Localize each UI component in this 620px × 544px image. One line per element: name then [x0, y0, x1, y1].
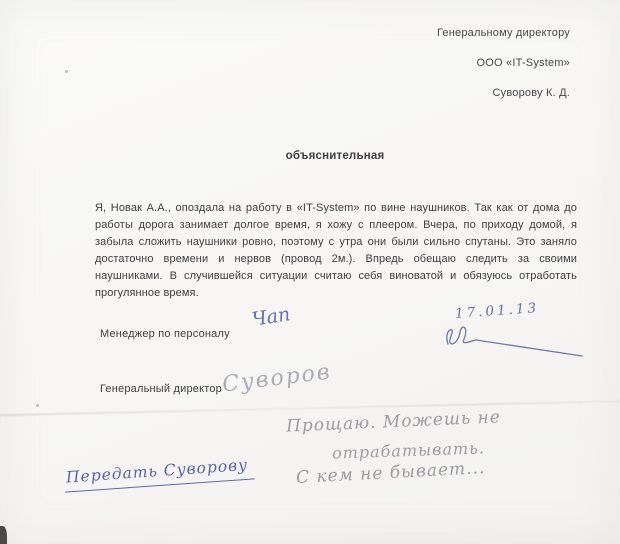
paper-crease: [0, 400, 620, 417]
hr-manager-label: Менеджер по персоналу: [100, 328, 230, 340]
blue-routing-note: Передать Суворову: [63, 453, 255, 492]
pencil-note-line3: С кем не бывает...: [296, 458, 486, 488]
pencil-note-line1: Прощаю. Можешь не: [286, 407, 502, 436]
recipient-line-name: Суворову К. Д.: [437, 78, 570, 108]
letter-body: Я, Новак А.А., опоздала на работу в «IT-…: [95, 200, 577, 302]
paper-speck: [65, 70, 68, 73]
paper-speck: [36, 404, 39, 407]
director-label: Генеральный директор: [100, 383, 222, 395]
recipient-line-company: ООО «IT-System»: [437, 48, 570, 78]
scanned-letter: Генеральному директору ООО «IT-System» С…: [0, 0, 620, 544]
document-title: объяснительная: [95, 150, 575, 162]
date-signature-scribble: [432, 318, 592, 360]
recipient-block: Генеральному директору ООО «IT-System» С…: [437, 18, 570, 108]
director-signature: Суворов: [221, 359, 333, 397]
hr-manager-signature: Чап: [251, 303, 292, 331]
recipient-line-director: Генеральному директору: [437, 18, 570, 48]
corner-shadow: [0, 526, 7, 544]
